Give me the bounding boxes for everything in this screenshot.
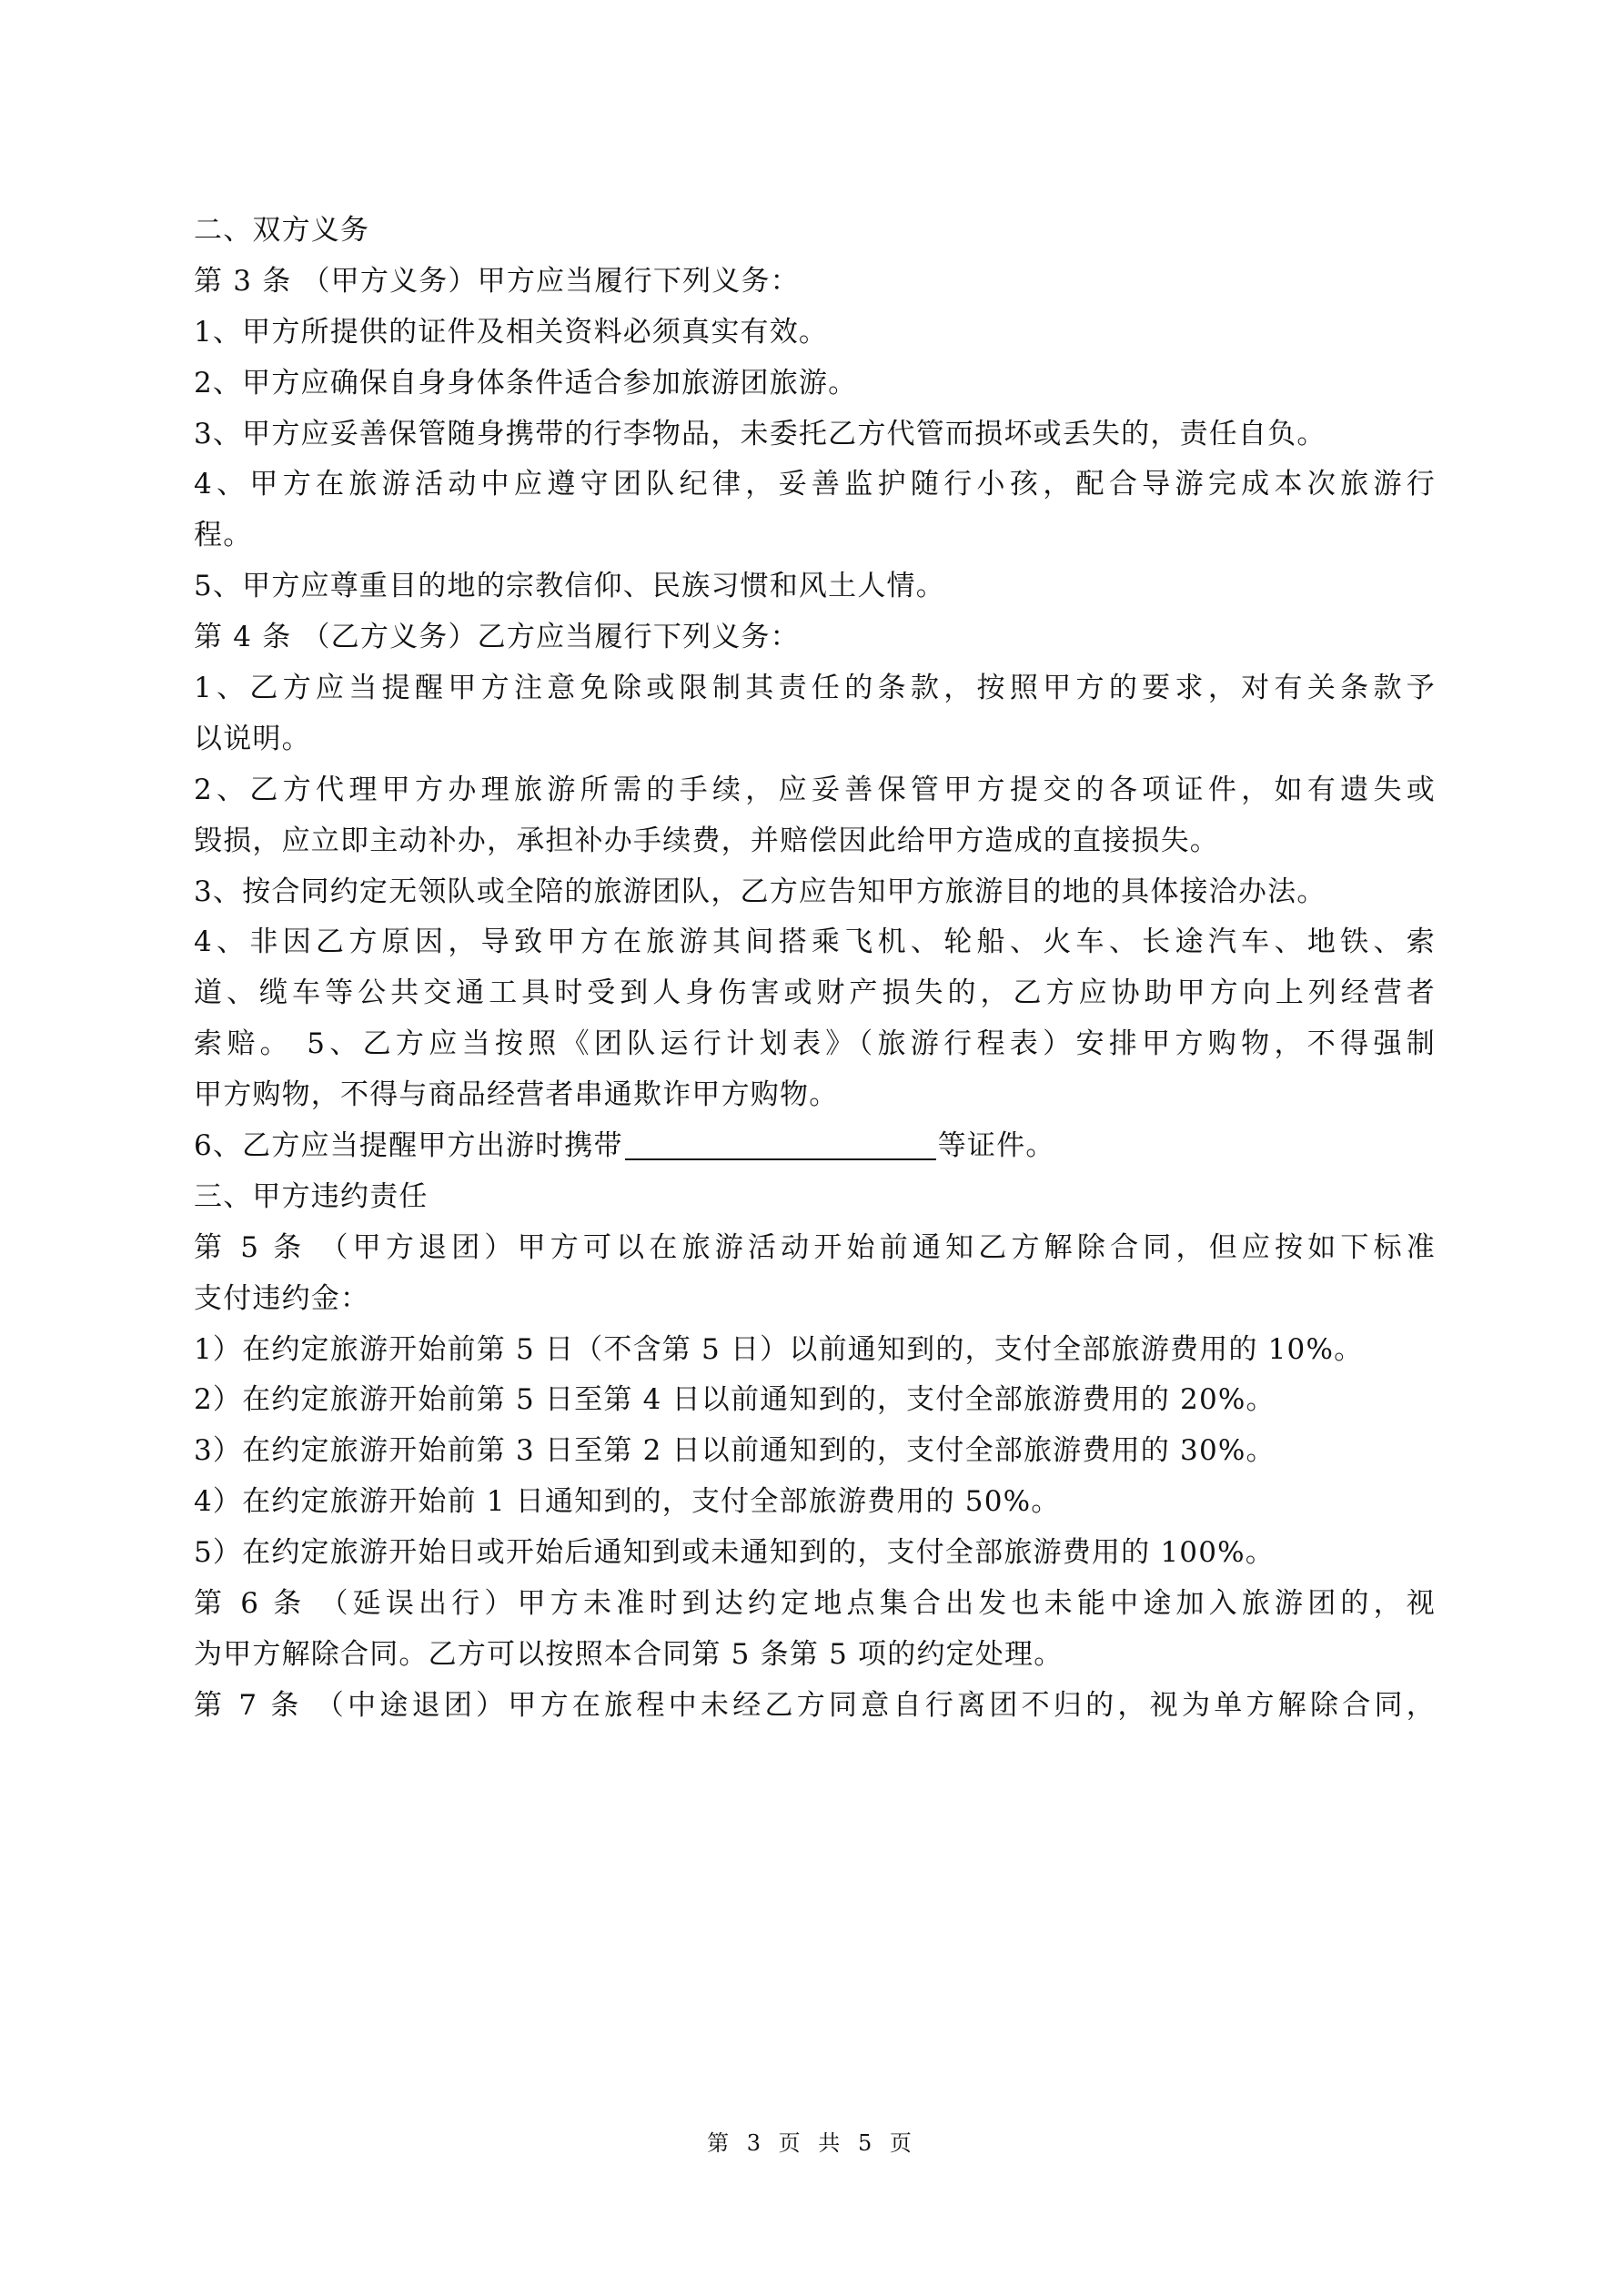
article-5-heading-cont: 支付违约金：	[194, 1274, 1436, 1325]
article-4-clause-2: 2、乙方代理甲方办理旅游所需的手续，应妥善保管甲方提交的各项证件，如有遗失或	[194, 765, 1436, 816]
article-3-clause-1: 1、甲方所提供的证件及相关资料必须真实有效。	[194, 308, 1436, 359]
article-5-item-5: 5）在约定旅游开始日或开始后通知到或未通知到的，支付全部旅游费用的 100%。	[194, 1528, 1436, 1579]
article-5-item-1: 1）在约定旅游开始前第 5 日（不含第 5 日）以前通知到的，支付全部旅游费用的…	[194, 1325, 1436, 1376]
article-4-clause-5: 索赔。 5、乙方应当按照《团队运行计划表》（旅游行程表）安排甲方购物，不得强制	[194, 1019, 1436, 1070]
article-4-clause-1: 1、乙方应当提醒甲方注意免除或限制其责任的条款，按照甲方的要求，对有关条款予	[194, 663, 1436, 714]
article-5-item-4: 4）在约定旅游开始前 1 日通知到的，支付全部旅游费用的 50%。	[194, 1477, 1436, 1528]
article-7: 第 7 条 （中途退团）甲方在旅程中未经乙方同意自行离团不归的，视为单方解除合同…	[194, 1681, 1436, 1732]
section-heading-obligations: 二、双方义务	[194, 206, 1436, 257]
article-3-clause-2: 2、甲方应确保自身身体条件适合参加旅游团旅游。	[194, 359, 1436, 410]
document-page: 二、双方义务 第 3 条 （甲方义务）甲方应当履行下列义务： 1、甲方所提供的证…	[0, 0, 1624, 2296]
article-5-item-3: 3）在约定旅游开始前第 3 日至第 2 日以前通知到的，支付全部旅游费用的 30…	[194, 1426, 1436, 1477]
article-4-heading: 第 4 条 （乙方义务）乙方应当履行下列义务：	[194, 612, 1436, 663]
article-6-cont: 为甲方解除合同。乙方可以按照本合同第 5 条第 5 项的约定处理。	[194, 1630, 1436, 1681]
article-4-clause-2-cont: 毁损，应立即主动补办，承担补办手续费，并赔偿因此给甲方造成的直接损失。	[194, 816, 1436, 867]
article-3-clause-3: 3、甲方应妥善保管随身携带的行李物品，未委托乙方代管而损坏或丢失的，责任自负。	[194, 410, 1436, 460]
article-5-item-2: 2）在约定旅游开始前第 5 日至第 4 日以前通知到的，支付全部旅游费用的 20…	[194, 1375, 1436, 1426]
article-3-clause-5: 5、甲方应尊重目的地的宗教信仰、民族习惯和风土人情。	[194, 561, 1436, 612]
article-6: 第 6 条 （延误出行）甲方未准时到达约定地点集合出发也未能中途加入旅游团的，视	[194, 1579, 1436, 1630]
article-4-clause-1-cont: 以说明。	[194, 714, 1436, 765]
document-body: 二、双方义务 第 3 条 （甲方义务）甲方应当履行下列义务： 1、甲方所提供的证…	[194, 206, 1436, 1732]
section-heading-party-a-liability: 三、甲方违约责任	[194, 1172, 1436, 1223]
article-4-clause-4-cont: 道、缆车等公共交通工具时受到人身伤害或财产损失的，乙方应协助甲方向上列经营者	[194, 968, 1436, 1019]
article-4-clause-3: 3、按合同约定无领队或全陪的旅游团队，乙方应告知甲方旅游目的地的具体接洽办法。	[194, 867, 1436, 918]
article-4-clause-4: 4、非因乙方原因，导致甲方在旅游其间搭乘飞机、轮船、火车、长途汽车、地铁、索	[194, 917, 1436, 968]
article-3-clause-4-cont: 程。	[194, 511, 1436, 561]
article-3-clause-4: 4、甲方在旅游活动中应遵守团队纪律，妥善监护随行小孩，配合导游完成本次旅游行	[194, 460, 1436, 511]
article-5-heading: 第 5 条 （甲方退团）甲方可以在旅游活动开始前通知乙方解除合同，但应按如下标准	[194, 1223, 1436, 1274]
clause-6-prefix: 6、乙方应当提醒甲方出游时携带	[194, 1129, 623, 1162]
documents-blank-field[interactable]	[625, 1131, 936, 1160]
page-number-label: 第 3 页 共 5 页	[707, 2130, 917, 2156]
article-4-clause-6: 6、乙方应当提醒甲方出游时携带等证件。	[194, 1121, 1436, 1172]
page-footer: 第 3 页 共 5 页	[0, 2125, 1624, 2161]
article-3-heading: 第 3 条 （甲方义务）甲方应当履行下列义务：	[194, 257, 1436, 308]
article-4-clause-5-cont: 甲方购物，不得与商品经营者串通欺诈甲方购物。	[194, 1070, 1436, 1121]
clause-6-suffix: 等证件。	[938, 1129, 1055, 1162]
